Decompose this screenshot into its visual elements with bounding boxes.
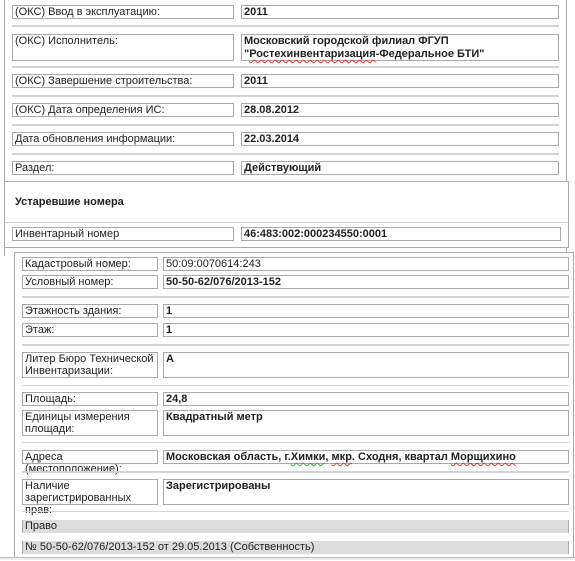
divider (12, 25, 559, 27)
label-line: Наличие (25, 480, 155, 492)
divider (22, 344, 569, 346)
divider (12, 95, 559, 97)
field-label: Кадастровый номер: (22, 257, 158, 271)
label-line: Единицы измерения (25, 411, 155, 423)
divider (22, 442, 569, 443)
field-label: Наличие зарегистрированных прав: (22, 479, 158, 505)
inventory-row-container: Инвентарный номер 46:483:002:000234550:0… (4, 222, 569, 248)
field-value[interactable]: А (163, 352, 569, 378)
text: Химки (291, 451, 326, 463)
field-value[interactable]: 50:09:0070614:243 (163, 257, 569, 271)
field-floor: Этаж: 1 (22, 323, 569, 337)
field-label: Дата обновления информации: (12, 132, 234, 146)
divider (22, 511, 569, 512)
contractor-line-2: "Ростехинвентаризация-Федеральное БТИ" (244, 48, 556, 61)
field-area: Площадь: 24,8 (22, 392, 569, 406)
field-label: Раздел: (12, 161, 234, 175)
field-label: (ОКС) Завершение строительства: (12, 74, 234, 88)
field-value[interactable]: 28.08.2012 (241, 103, 559, 117)
divider (22, 296, 569, 298)
field-cadastral-number: Кадастровый номер: 50:09:0070614:243 (22, 257, 569, 271)
field-construction-end: (ОКС) Завершение строительства: 2011 (12, 74, 559, 89)
field-value[interactable]: 1 (163, 323, 569, 337)
divider (12, 66, 559, 68)
field-value[interactable]: 1 (163, 304, 569, 318)
rights-entry[interactable]: № 50-50-62/076/2013-152 от 29.05.2013 (С… (22, 541, 569, 554)
field-label: Площадь: (22, 392, 158, 406)
field-value[interactable]: Действующий (241, 161, 559, 175)
field-value[interactable]: 2011 (241, 5, 559, 19)
field-value[interactable]: Московский городской филиал ФГУП "Ростех… (241, 34, 559, 61)
property-details-panel: Кадастровый номер: 50:09:0070614:243 Усл… (14, 252, 574, 559)
divider (22, 385, 569, 386)
field-value[interactable]: Квадратный метр (163, 410, 569, 436)
field-label: Литер Бюро Технической Инвентаризации: (22, 352, 158, 378)
label-line: площади: (25, 423, 155, 435)
label-line: зарегистрированных прав: (25, 492, 155, 516)
contractor-line-1: Московский городской филиал ФГУП (244, 35, 556, 48)
field-value[interactable]: 46:483:002:000234550:0001 (241, 227, 561, 241)
text: . Сходня, квартал (352, 451, 451, 463)
field-inventory-number: Инвентарный номер 46:483:002:000234550:0… (12, 227, 561, 242)
divider (22, 471, 569, 473)
field-value[interactable]: 50-50-62/076/2013-152 (163, 275, 569, 289)
text: Ростехинвентаризация (249, 48, 375, 60)
field-value[interactable]: Зарегистрированы (163, 479, 569, 505)
field-bti-liter: Литер Бюро Технической Инвентаризации: А (22, 352, 569, 378)
field-conditional-number: Условный номер: 50-50-62/076/2013-152 (22, 275, 569, 289)
field-value[interactable]: 22.03.2014 (241, 132, 559, 146)
field-section: Раздел: Действующий (12, 161, 559, 176)
field-is-date: (ОКС) Дата определения ИС: 28.08.2012 (12, 103, 559, 118)
field-label: Адреса (местоположение): (22, 450, 158, 464)
field-label: (ОКС) Дата определения ИС: (12, 103, 234, 117)
text: мкр (332, 451, 352, 463)
field-building-floors: Этажность здания: 1 (22, 304, 569, 318)
field-label: Этажность здания: (22, 304, 158, 318)
text: Морщихино (451, 451, 516, 463)
field-label: Единицы измерения площади: (22, 410, 158, 436)
field-registered-rights: Наличие зарегистрированных прав: Зарегис… (22, 479, 569, 505)
field-value[interactable]: 24,8 (163, 392, 569, 406)
bottom-border (0, 557, 575, 560)
text: Московская область, г. (166, 451, 291, 463)
field-area-units: Единицы измерения площади: Квадратный ме… (22, 410, 569, 436)
field-label: Этаж: (22, 323, 158, 337)
text: -Федеральное БТИ" (376, 48, 485, 60)
section-title: Устаревшие номера (15, 196, 124, 208)
field-label: (ОКС) Исполнитель: (12, 34, 234, 61)
field-update-date: Дата обновления информации: 22.03.2014 (12, 132, 559, 147)
label-line: Литер Бюро Технической (25, 353, 155, 365)
field-value[interactable]: 2011 (241, 74, 559, 88)
field-address: Адреса (местоположение): Московская обла… (22, 450, 569, 464)
rights-section-header: Право (22, 520, 569, 533)
field-commissioning: (ОКС) Ввод в эксплуатацию: 2011 (12, 5, 559, 20)
field-label: (ОКС) Ввод в эксплуатацию: (12, 5, 234, 19)
label-line: Инвентаризации: (25, 365, 155, 377)
field-label: Условный номер: (22, 275, 158, 289)
divider (12, 153, 559, 155)
field-label: Инвентарный номер (12, 227, 234, 241)
field-value[interactable]: Московская область, г.Химки, мкр. Сходня… (163, 450, 569, 464)
field-contractor: (ОКС) Исполнитель: Московский городской … (12, 34, 559, 62)
divider (12, 124, 559, 126)
